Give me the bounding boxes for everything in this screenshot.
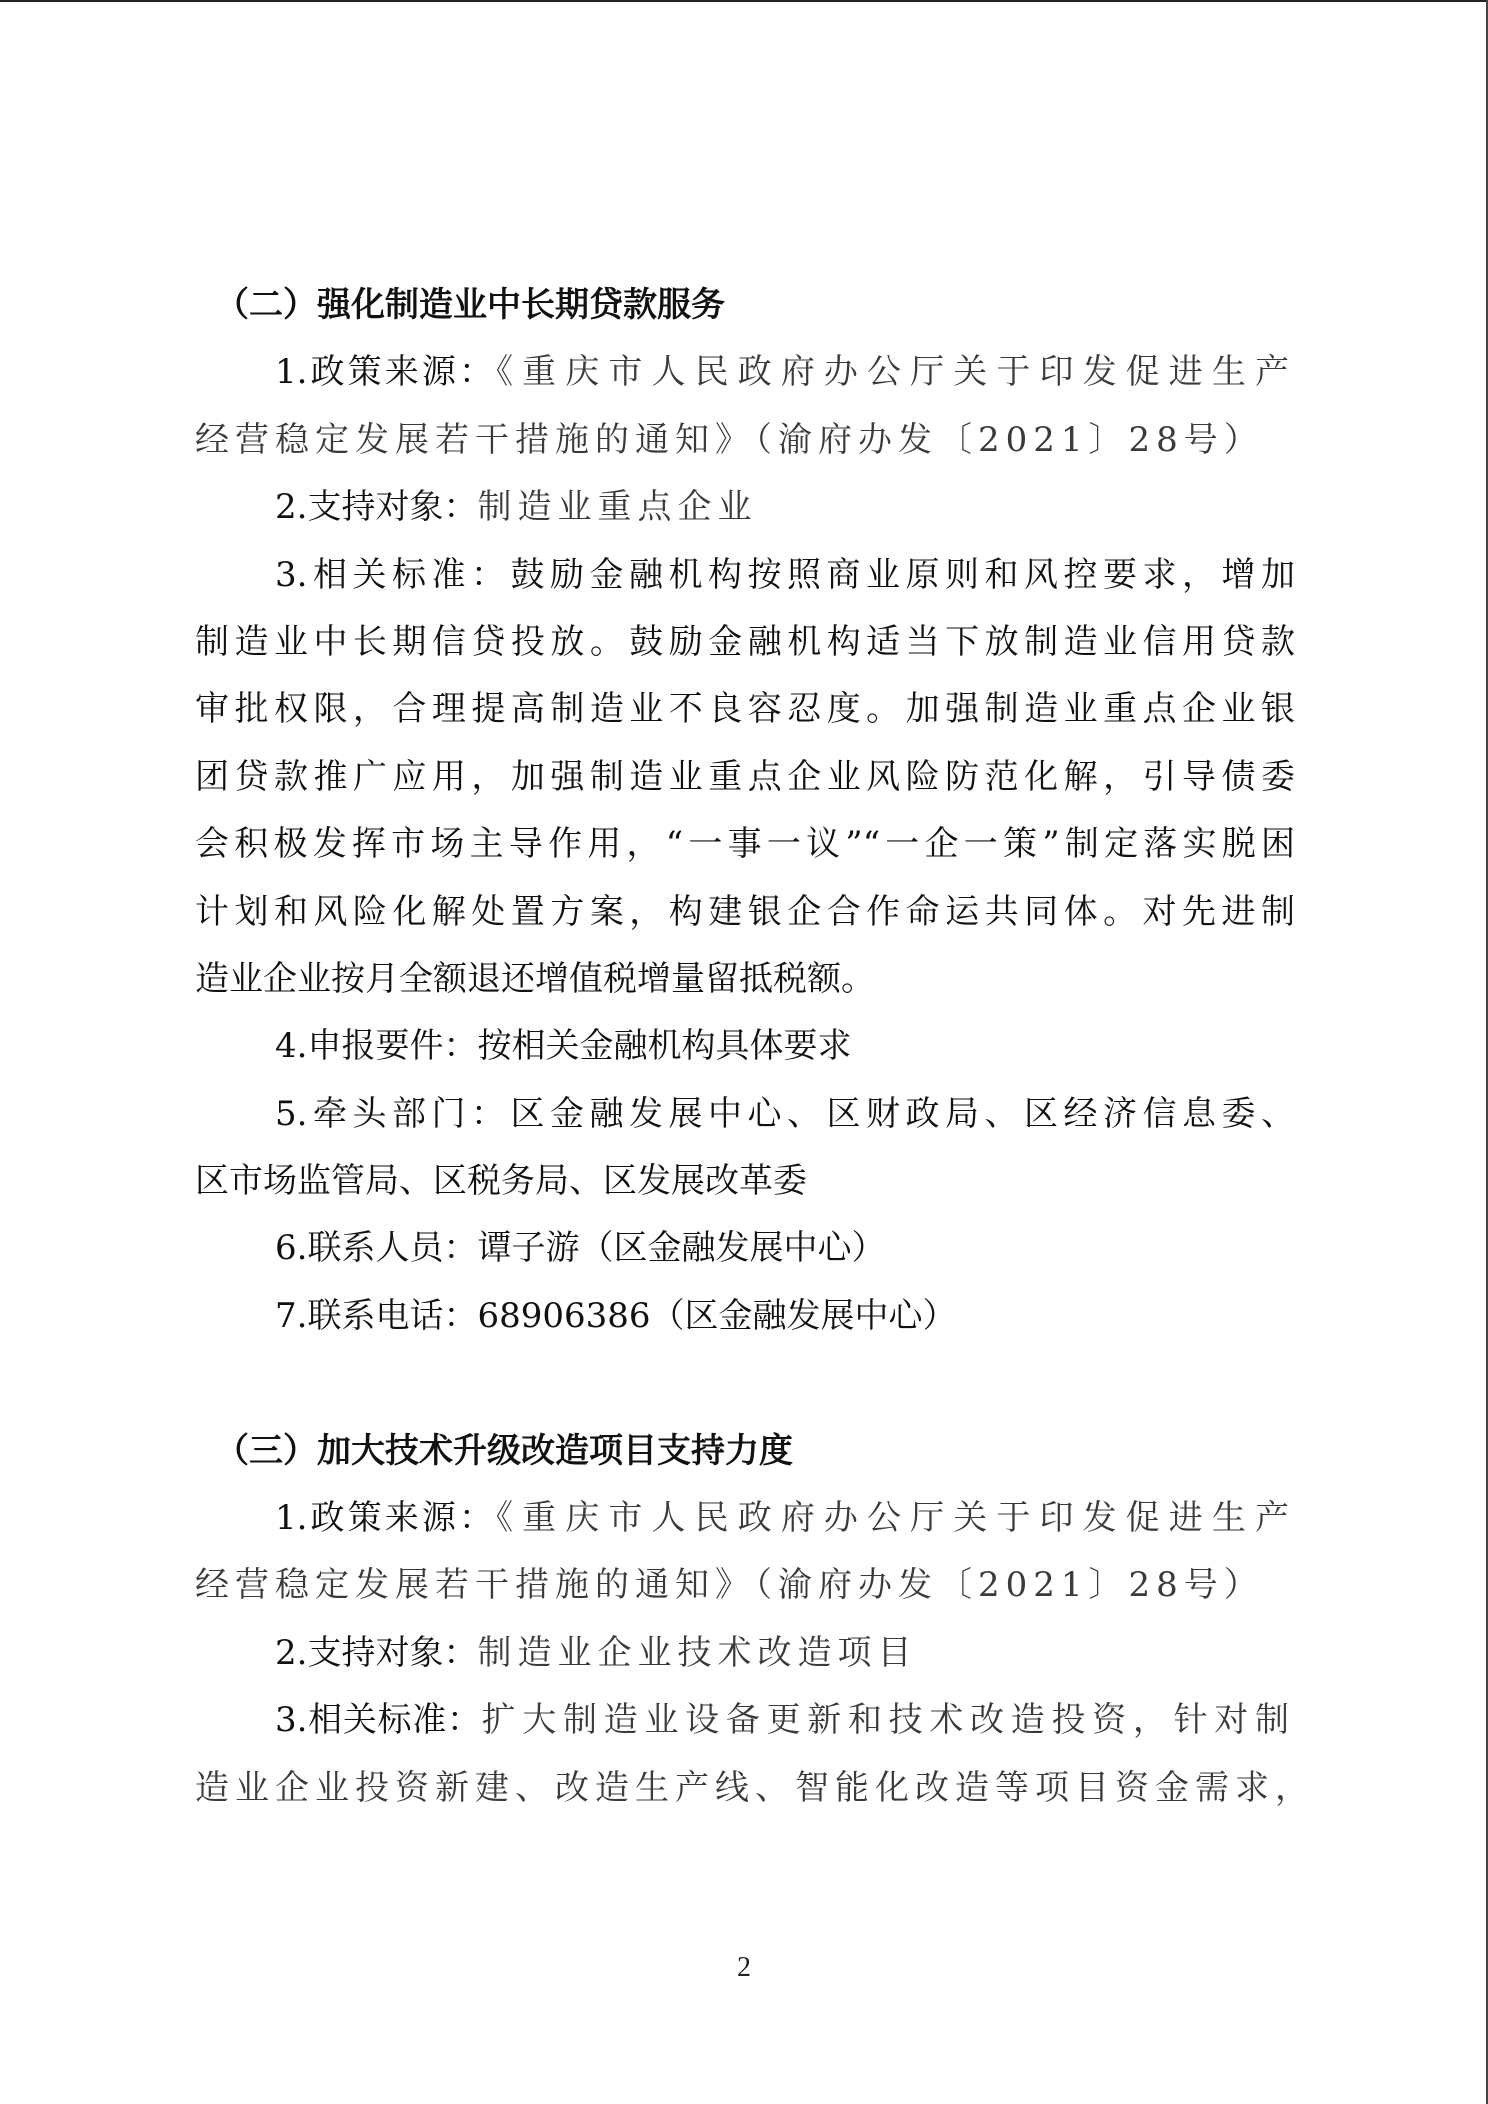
- contact-phone-value: 68906386（区金融发展中心）: [477, 1296, 956, 1336]
- page-top-border: [0, 0, 1488, 2]
- support-target-3: 2.支持对象：制造业企业技术改造项目: [195, 1620, 1295, 1687]
- policy-source-label: 1.政策来源：: [275, 1498, 496, 1538]
- policy-source-value-cont: 经营稳定发展若干措施的通知》（渝府办发〔2021〕28号）: [195, 1565, 1264, 1605]
- section-heading-2: （二）强化制造业中长期贷款服务: [195, 272, 1295, 339]
- standards-2-line: 审批权限，合理提高制造业不良容忍度。加强制造业重点企业银: [195, 676, 1295, 743]
- lead-departments-2: 5.牵头部门：区金融发展中心、区财政局、区经济信息委、: [195, 1081, 1295, 1148]
- application-label: 4.申报要件：: [275, 1026, 477, 1066]
- standards-2: 3.相关标准：鼓励金融机构按照商业原则和风控要求，增加: [195, 542, 1295, 609]
- standards-2-line: 团贷款推广应用，加强制造业重点企业风险防范化解，引导债委: [195, 744, 1295, 811]
- standards-text-cont: 造业企业投资新建、改造生产线、智能化改造等项目资金需求，: [195, 1768, 1315, 1808]
- contact-phone-2: 7.联系电话：68906386（区金融发展中心）: [195, 1283, 1295, 1350]
- standards-3: 3.相关标准：扩大制造业设备更新和技术改造投资，针对制: [195, 1687, 1295, 1754]
- document-page: （二）强化制造业中长期贷款服务 1.政策来源：《重庆市人民政府办公厅关于印发促进…: [195, 272, 1295, 1822]
- standards-text: 扩大制造业设备更新和技术改造投资，针对制: [482, 1700, 1295, 1740]
- policy-source-value: 《重庆市人民政府办公厅关于印发促进生产: [496, 352, 1295, 392]
- support-target-value: 制造业重点企业: [477, 487, 757, 527]
- policy-source-label: 1.政策来源：: [275, 352, 496, 392]
- standards-2-line: 会积极发挥市场主导作用，“一事一议”“一企一策”制定落实脱困: [195, 811, 1295, 878]
- section-spacer: [195, 1350, 1295, 1417]
- standards-2-line: 计划和风险化解处置方案，构建银企合作命运共同体。对先进制: [195, 879, 1295, 946]
- lead-departments-value: 区金融发展中心、区财政局、区经济信息委、: [510, 1094, 1295, 1134]
- policy-source-value-cont: 经营稳定发展若干措施的通知》（渝府办发〔2021〕28号）: [195, 420, 1264, 460]
- application-value: 按相关金融机构具体要求: [477, 1026, 851, 1066]
- policy-source-3-cont: 经营稳定发展若干措施的通知》（渝府办发〔2021〕28号）: [195, 1552, 1295, 1619]
- support-target-label: 2.支持对象：: [275, 487, 477, 527]
- page-number: 2: [0, 1952, 1488, 1984]
- support-target-label: 2.支持对象：: [275, 1633, 477, 1673]
- support-target-2: 2.支持对象：制造业重点企业: [195, 474, 1295, 541]
- standards-2-line: 制造业中长期信贷投放。鼓励金融机构适当下放制造业信用贷款: [195, 609, 1295, 676]
- section-heading-3: （三）加大技术升级改造项目支持力度: [195, 1418, 1295, 1485]
- policy-source-value: 《重庆市人民政府办公厅关于印发促进生产: [496, 1498, 1295, 1538]
- policy-source-2-cont: 经营稳定发展若干措施的通知》（渝府办发〔2021〕28号）: [195, 407, 1295, 474]
- contact-person-value: 谭子游（区金融发展中心）: [477, 1228, 885, 1268]
- lead-departments-2-cont: 区市场监管局、区税务局、区发展改革委: [195, 1148, 1295, 1215]
- support-target-value: 制造业企业技术改造项目: [477, 1633, 917, 1673]
- standards-2-line: 造业企业按月全额退还增值税增量留抵税额。: [195, 946, 1295, 1013]
- standards-3-line: 造业企业投资新建、改造生产线、智能化改造等项目资金需求，: [195, 1755, 1295, 1822]
- application-requirements-2: 4.申报要件：按相关金融机构具体要求: [195, 1013, 1295, 1080]
- standards-label: 3.相关标准：: [275, 1700, 482, 1740]
- policy-source-3: 1.政策来源：《重庆市人民政府办公厅关于印发促进生产: [195, 1485, 1295, 1552]
- policy-source-2: 1.政策来源：《重庆市人民政府办公厅关于印发促进生产: [195, 339, 1295, 406]
- contact-person-2: 6.联系人员：谭子游（区金融发展中心）: [195, 1215, 1295, 1282]
- standards-text: 鼓励金融机构按照商业原则和风控要求，增加: [510, 555, 1295, 595]
- lead-departments-label: 5.牵头部门：: [275, 1094, 510, 1134]
- contact-person-label: 6.联系人员：: [275, 1228, 477, 1268]
- contact-phone-label: 7.联系电话：: [275, 1296, 477, 1336]
- standards-label: 3.相关标准：: [275, 555, 510, 595]
